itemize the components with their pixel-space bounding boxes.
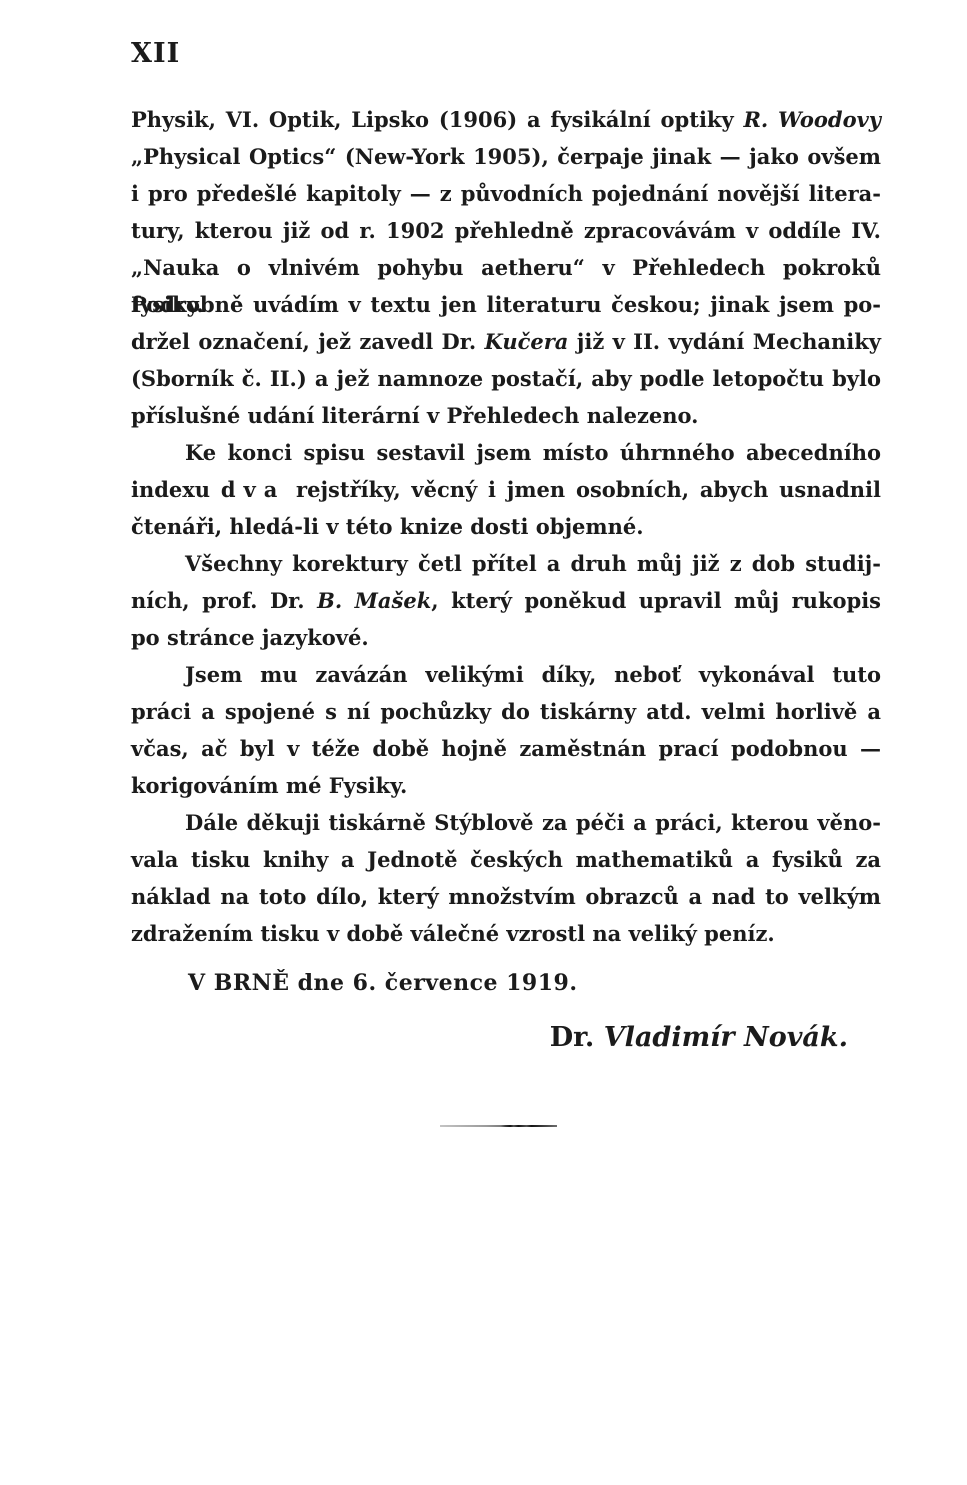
text-line: Dále děkuji tiskárně Stýblově za péči a … (131, 804, 881, 841)
text-segment: ních, prof. Dr. (131, 588, 317, 613)
text-segment: tury, kterou již od r. 1902 přehledně zp… (131, 218, 881, 243)
text-line: čtenáři, hledá-li v této knize dosti obj… (131, 508, 881, 545)
text-segment: zdražením tisku v době válečné vzrostl n… (131, 921, 775, 946)
text-segment: , který poněkud upravil můj rukopis (431, 588, 881, 613)
text-segment: včas, ač byl v téže době hojně zaměstnán… (131, 736, 881, 761)
page-number: XII (131, 38, 180, 69)
text-line: „Physical Optics“ (New-York 1905), čerpa… (131, 138, 881, 175)
text-line: Všechny korektury četl přítel a druh můj… (131, 545, 881, 582)
text-segment: již v II. vydání Mechaniky (568, 329, 881, 354)
dateline: V BRNĚ dne 6. července 1919. (188, 970, 578, 996)
text-segment: náklad na toto dílo, který množstvím obr… (131, 884, 881, 909)
text-segment: Dr. (550, 1022, 604, 1053)
text-segment: i pro předešlé kapitoly — z původních po… (131, 181, 881, 206)
text-segment: „Physical Optics“ (New-York 1905), čerpa… (131, 144, 881, 169)
text-segment: Jsem mu zavázán velikými díky, neboť vyk… (185, 662, 881, 687)
text-line: korigováním mé Fysiky. (131, 767, 881, 804)
text-line: i pro předešlé kapitoly — z původních po… (131, 175, 881, 212)
text-segment: Ke konci spisu sestavil jsem místo úhrnn… (185, 440, 881, 465)
separator-rule (440, 1125, 557, 1127)
text-segment: dva (221, 477, 285, 502)
text-line: práci a spojené s ní pochůzky do tiskárn… (131, 693, 881, 730)
text-line: „Nauka o vlnivém pohybu aetheru“ v Přehl… (131, 249, 881, 286)
text-line: držel označení, jež zavedl Dr. Kučera ji… (131, 323, 881, 360)
text-segment: práci a spojené s ní pochůzky do tiskárn… (131, 699, 881, 724)
text-line: (Sborník č. II.) a jež namnoze postačí, … (131, 360, 881, 397)
italic-text: Vladimír Novák. (604, 1022, 848, 1053)
text-segment: Všechny korektury četl přítel a druh můj… (185, 551, 881, 576)
text-segment: držel označení, jež zavedl Dr. (131, 329, 485, 354)
text-line: náklad na toto dílo, který množstvím obr… (131, 878, 881, 915)
text-segment: korigováním mé Fysiky. (131, 773, 407, 798)
text-segment: rejstříky, věcný i jmen osobních, abych … (285, 477, 881, 502)
text-line: Podrobně uvádím v textu jen literaturu č… (131, 286, 881, 323)
text-line: včas, ač byl v téže době hojně zaměstnán… (131, 730, 881, 767)
text-line: po stránce jazykové. (131, 619, 881, 656)
scanned-book-page: XII Physik, VI. Optik, Lipsko (1906) a f… (0, 0, 967, 1485)
text-line: zdražením tisku v době válečné vzrostl n… (131, 915, 881, 952)
text-line: Ke konci spisu sestavil jsem místo úhrnn… (131, 434, 881, 471)
italic-text: B. Mašek (317, 588, 431, 613)
text-segment: vala tisku knihy a Jednotě českých mathe… (131, 847, 881, 872)
text-line: indexu dva rejstříky, věcný i jmen osobn… (131, 471, 881, 508)
text-line: ních, prof. Dr. B. Mašek, který poněkud … (131, 582, 881, 619)
italic-text: R. Woodovy (743, 107, 881, 132)
text-segment: (Sborník č. II.) a jež namnoze postačí, … (131, 366, 881, 391)
text-segment: čtenáři, hledá-li v této knize dosti obj… (131, 514, 644, 539)
text-line: Physik, VI. Optik, Lipsko (1906) a fysik… (131, 101, 881, 138)
text-line: Jsem mu zavázán velikými díky, neboť vyk… (131, 656, 881, 693)
text-line: tury, kterou již od r. 1902 přehledně zp… (131, 212, 881, 249)
signature: Dr. Vladimír Novák. (131, 1022, 881, 1053)
text-segment: Podrobně uvádím v textu jen literaturu č… (131, 292, 881, 317)
text-line: příslušné udání literární v Přehledech n… (131, 397, 881, 434)
text-segment: Physik, VI. Optik, Lipsko (1906) a fysik… (131, 107, 743, 132)
text-segment: indexu (131, 477, 221, 502)
text-segment: Dále děkuji tiskárně Stýblově za péči a … (185, 810, 881, 835)
text-line: vala tisku knihy a Jednotě českých mathe… (131, 841, 881, 878)
text-segment: příslušné udání literární v Přehledech n… (131, 403, 698, 428)
preface-text: Physik, VI. Optik, Lipsko (1906) a fysik… (131, 101, 881, 952)
italic-text: Kučera (485, 329, 569, 354)
text-segment: po stránce jazykové. (131, 625, 369, 650)
